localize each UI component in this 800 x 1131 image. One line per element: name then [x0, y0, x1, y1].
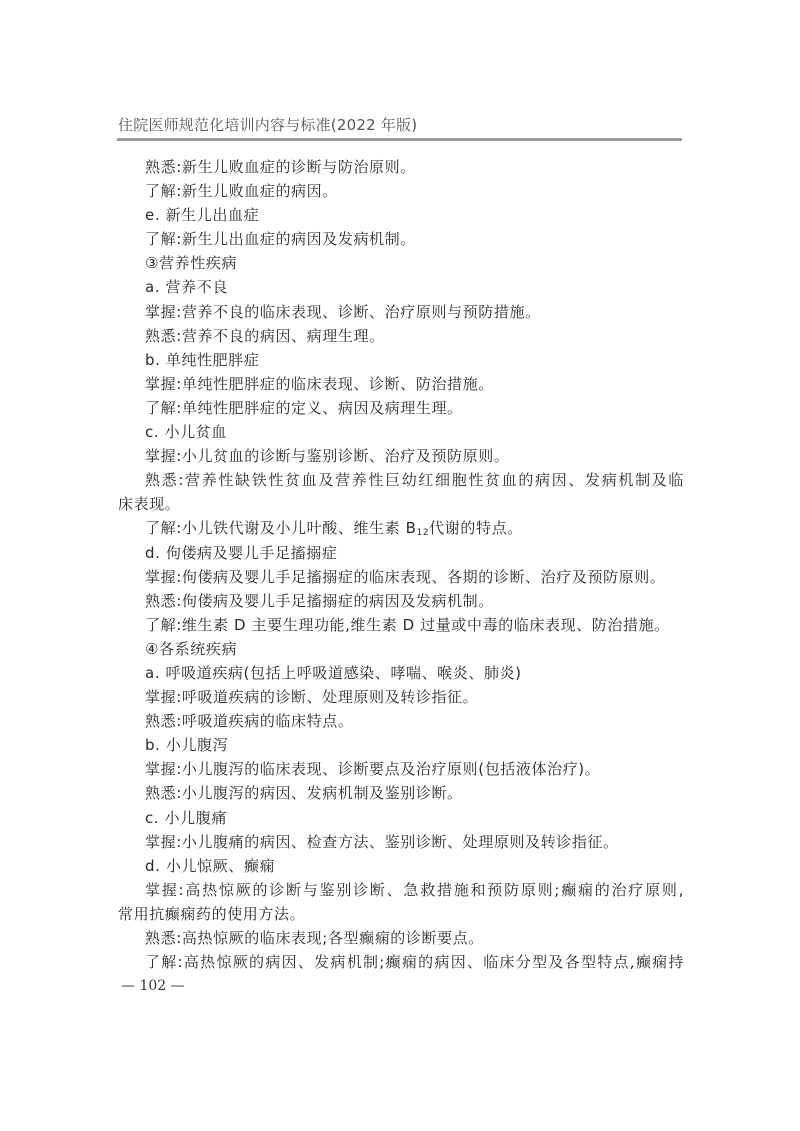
- item-heading: e. 新生儿出血症: [118, 203, 684, 227]
- paragraph-line: 掌握:小儿腹泻的临床表现、诊断要点及治疗原则(包括液体治疗)。: [118, 757, 684, 781]
- paragraph-line: 熟悉:小儿腹泻的病因、发病机制及鉴别诊断。: [118, 781, 684, 805]
- paragraph-line: 掌握:营养不良的临床表现、诊断、治疗原则与预防措施。: [118, 300, 684, 324]
- paragraph-line: 熟悉:营养不良的病因、病理生理。: [118, 324, 684, 348]
- paragraph-line: 熟悉:呼吸道疾病的临床特点。: [118, 709, 684, 733]
- paragraph-line: 了解:高热惊厥的病因、发病机制;癫痫的病因、临床分型及各型特点,癫痫持: [118, 950, 684, 974]
- item-heading: c. 小儿腹痛: [118, 806, 684, 830]
- paragraph-line: 了解:小儿铁代谢及小儿叶酸、维生素 B12代谢的特点。: [118, 516, 684, 540]
- section-heading: ③营养性疾病: [118, 251, 684, 275]
- subscript: 12: [417, 528, 430, 538]
- item-heading: a. 呼吸道疾病(包括上呼吸道感染、哮喘、喉炎、肺炎): [118, 661, 684, 685]
- paragraph-line: 了解:维生素 D 主要生理功能,维生素 D 过量或中毒的临床表现、防治措施。: [118, 613, 684, 637]
- paragraph-line: 熟悉:佝偻病及婴儿手足搐搦症的病因及发病机制。: [118, 589, 684, 613]
- paragraph-line: 熟悉:新生儿败血症的诊断与防治原则。: [118, 155, 684, 179]
- text-segment: 代谢的特点。: [429, 519, 523, 537]
- text-segment: 了解:小儿铁代谢及小儿叶酸、维生素 B: [145, 519, 417, 537]
- paragraph-line-continued: 常用抗癫痫药的使用方法。: [118, 902, 684, 926]
- paragraph-line: 了解:单纯性肥胖症的定义、病因及病理生理。: [118, 396, 684, 420]
- running-head-title: 住院医师规范化培训内容与标准(2022 年版): [118, 114, 417, 135]
- section-heading: ④各系统疾病: [118, 637, 684, 661]
- paragraph-line: 熟悉:高热惊厥的临床表现;各型癫痫的诊断要点。: [118, 926, 684, 950]
- page-body: 熟悉:新生儿败血症的诊断与防治原则。 了解:新生儿败血症的病因。 e. 新生儿出…: [118, 155, 684, 974]
- paragraph-line: 掌握:单纯性肥胖症的临床表现、诊断、防治措施。: [118, 372, 684, 396]
- paragraph-line-continued: 床表现。: [118, 492, 684, 516]
- paragraph-line: 掌握:高热惊厥的诊断与鉴别诊断、急救措施和预防原则;癫痫的治疗原则,: [118, 878, 684, 902]
- paragraph-line: 了解:新生儿败血症的病因。: [118, 179, 684, 203]
- paragraph-line: 掌握:呼吸道疾病的诊断、处理原则及转诊指征。: [118, 685, 684, 709]
- item-heading: b. 单纯性肥胖症: [118, 348, 684, 372]
- header-rule: [117, 138, 682, 141]
- paragraph-line: 掌握:小儿贫血的诊断与鉴别诊断、治疗及预防原则。: [118, 444, 684, 468]
- page-number: — 102 —: [121, 978, 185, 994]
- paragraph-line: 掌握:佝偻病及婴儿手足搐搦症的临床表现、各期的诊断、治疗及预防原则。: [118, 565, 684, 589]
- paragraph-line: 了解:新生儿出血症的病因及发病机制。: [118, 227, 684, 251]
- paragraph-line: 掌握:小儿腹痛的病因、检查方法、鉴别诊断、处理原则及转诊指征。: [118, 830, 684, 854]
- paragraph-line: 熟悉:营养性缺铁性贫血及营养性巨幼红细胞性贫血的病因、发病机制及临: [118, 468, 684, 492]
- item-heading: a. 营养不良: [118, 275, 684, 299]
- item-heading: d. 佝偻病及婴儿手足搐搦症: [118, 541, 684, 565]
- item-heading: d. 小儿惊厥、癫痫: [118, 854, 684, 878]
- item-heading: b. 小儿腹泻: [118, 733, 684, 757]
- item-heading: c. 小儿贫血: [118, 420, 684, 444]
